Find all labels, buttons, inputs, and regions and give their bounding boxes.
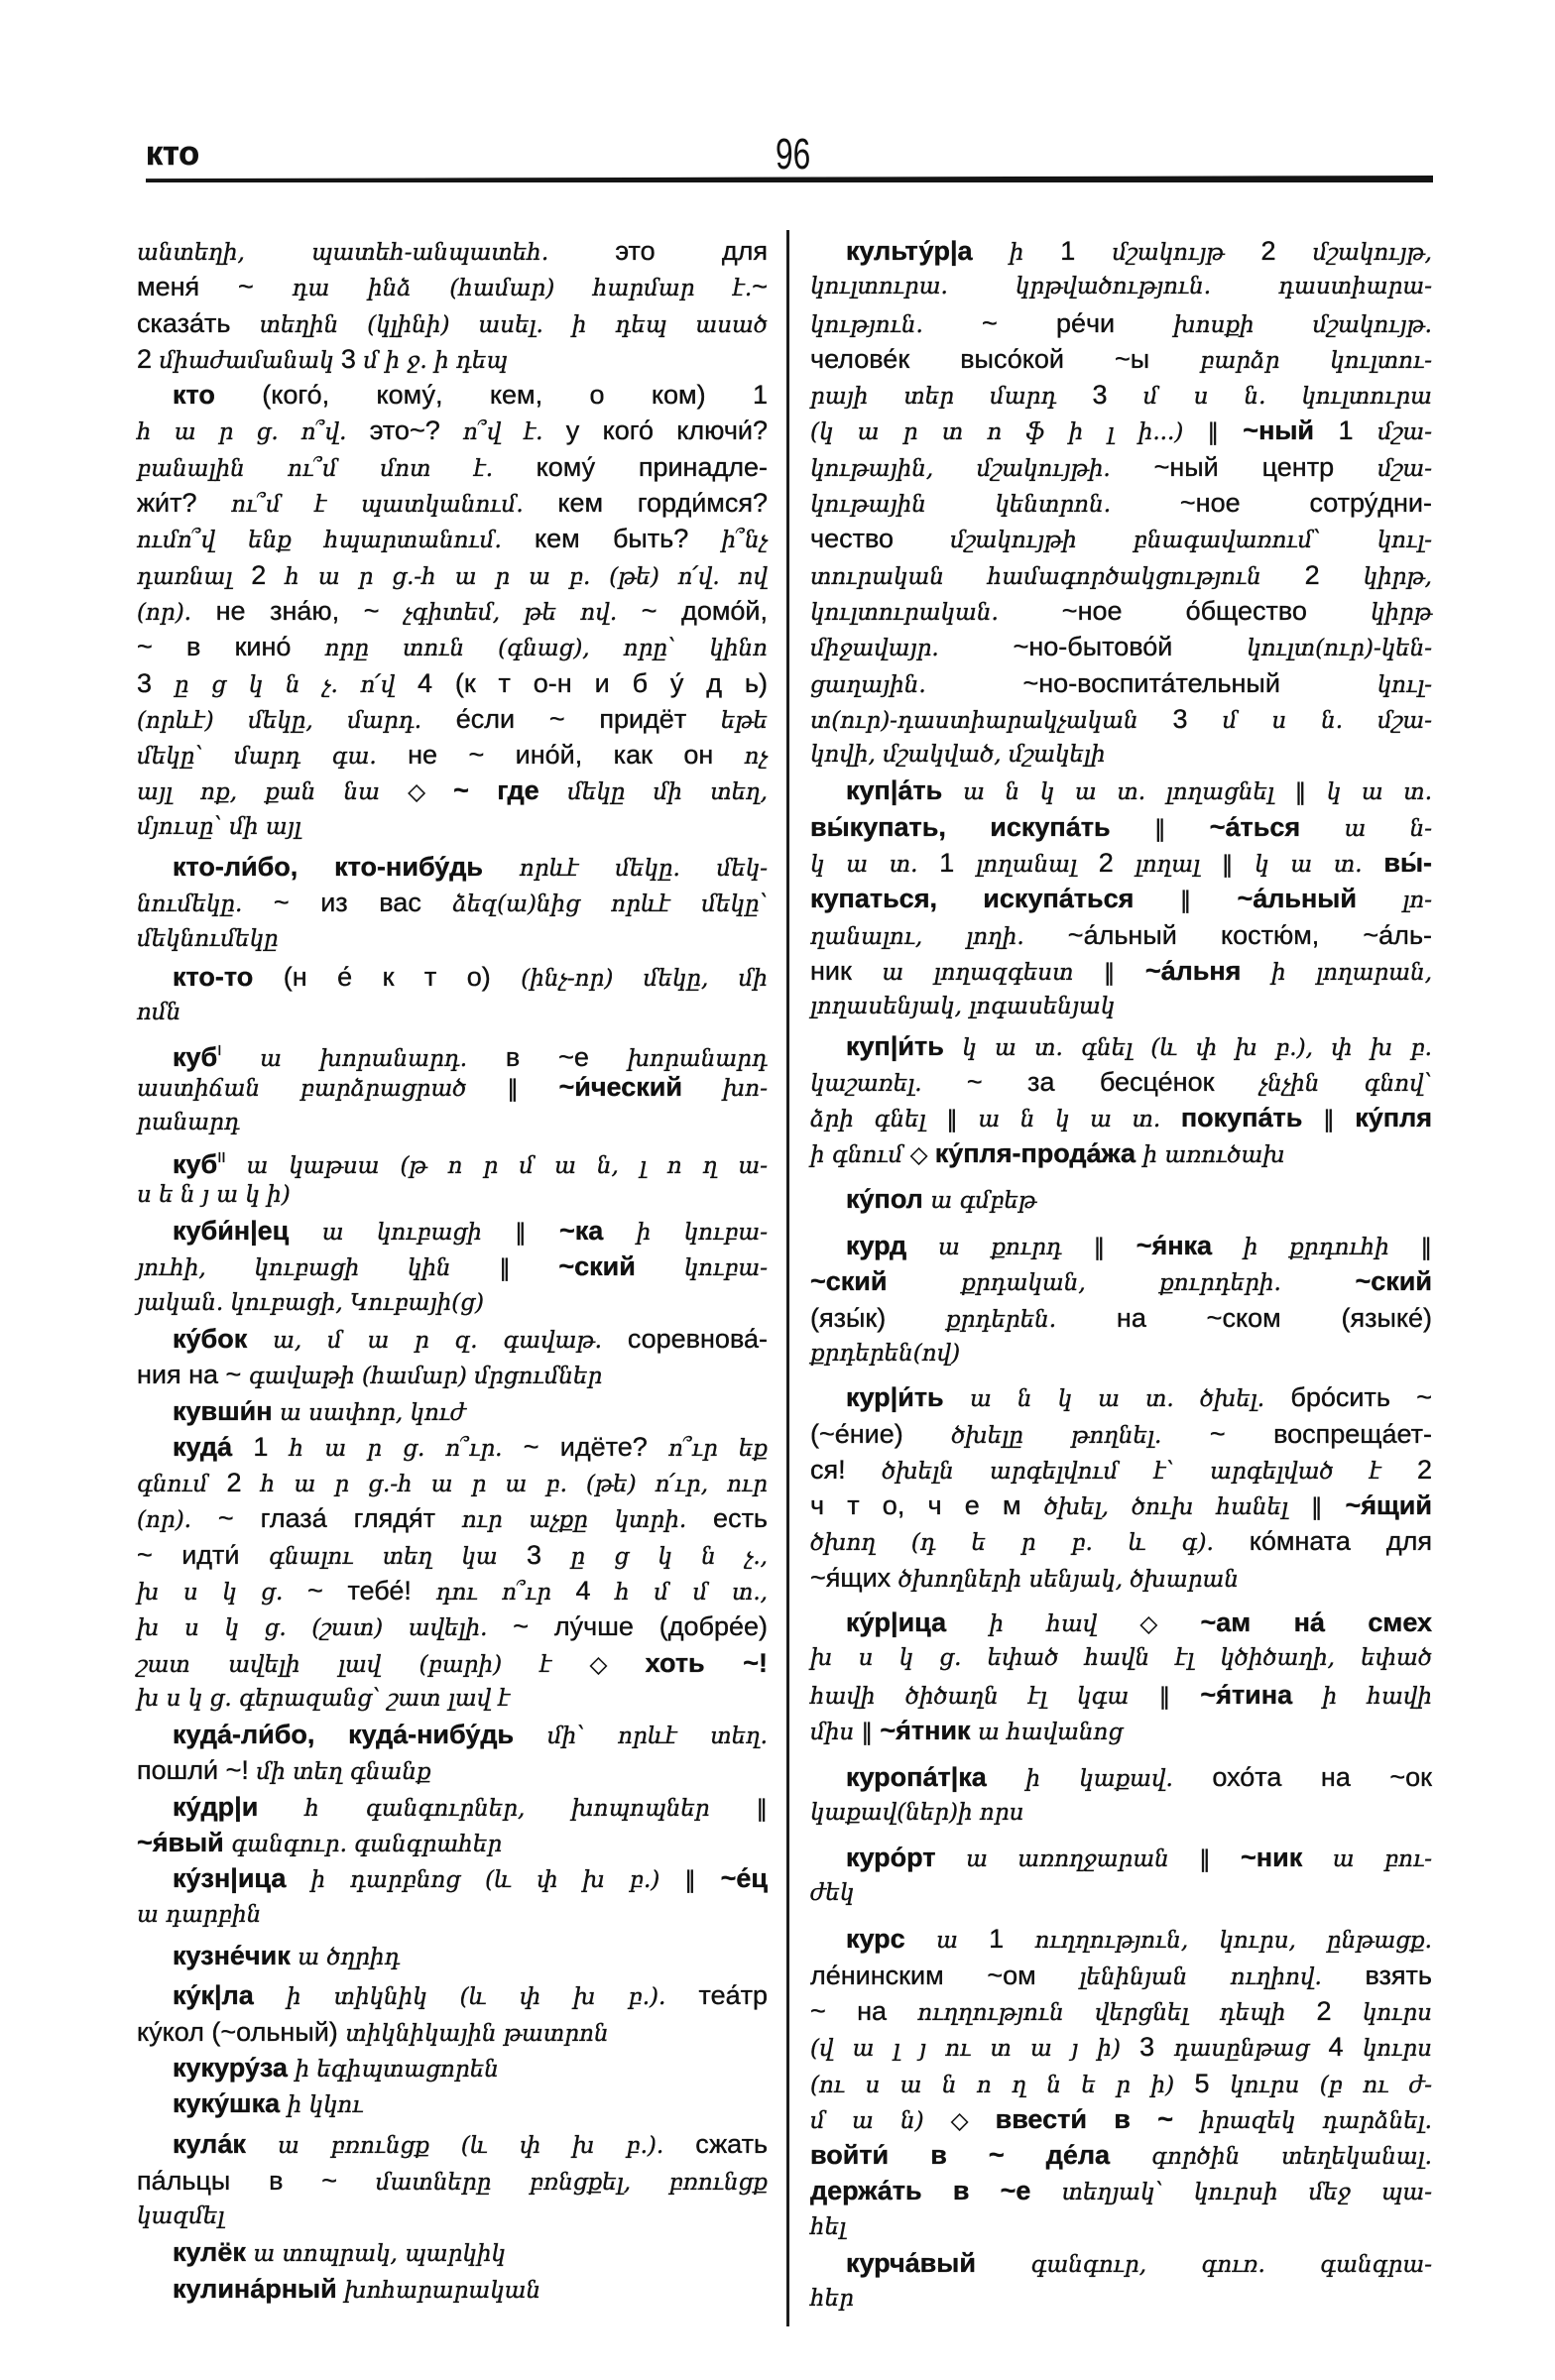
- headword: держа́ть в ~е: [810, 2176, 1062, 2205]
- armenian-text: խոհարարական: [344, 2278, 540, 2304]
- armenian-text: (որևէ) մեկը, մարդ.: [137, 708, 421, 734]
- dictionary-entry: անտեղի, պատեհ-անպատեհ. это дляменя́ ~ դա…: [137, 233, 768, 377]
- russian-text: это для: [548, 236, 768, 266]
- armenian-text: ի լողարան,: [1271, 960, 1432, 986]
- russian-text: пошли́ ~!: [137, 1755, 256, 1785]
- armenian-text: կաշառել.: [810, 1071, 922, 1097]
- armenian-text: կուրս: [1363, 2000, 1432, 2026]
- russian-text: ~ идти́: [137, 1540, 269, 1570]
- entry-line: кубI ա խորանարդ. в ~е խորանարդ: [137, 1033, 768, 1069]
- entry-line: меня́ ~ դա ինձ (համար) հարմար է.~: [137, 269, 768, 304]
- russian-text: 1: [1339, 416, 1377, 445]
- russian-text: ~но-бытово́й: [939, 632, 1248, 661]
- russian-text: 3: [527, 1540, 570, 1570]
- armenian-text: գավաթի (համար) մրցումներ: [249, 1364, 603, 1389]
- entry-line: ումո՞վ ենք հպարտանում. кем быть? ի՞նչ: [137, 521, 768, 556]
- entry-line: ~ идти́ գնալու տեղ կա 3 ը ց կ ն չ.,: [137, 1537, 768, 1573]
- armenian-text: յական. կուբացի, Կուբայի(ց): [137, 1290, 484, 1316]
- armenian-text: ոչ: [745, 744, 768, 770]
- entry-line: (վ ա լ յ ու տ ա յ ի) 3 դասընթաց 4 կուրս: [810, 2029, 1432, 2065]
- entry-line: (կ ա ր տ ո ֆ ի լ ի...) ‖ ~ный 1 մշա-: [810, 413, 1432, 448]
- armenian-text: (ու ս ա ն ո ղ ն ե ր ի): [810, 2073, 1195, 2098]
- dictionary-entry: куда́-ли́бо, куда́-нибу́дь մի՝ որևէ տեղ.…: [137, 1717, 768, 1789]
- headword: ку́пол: [846, 1184, 930, 1214]
- russian-text: 2: [1417, 1455, 1432, 1485]
- armenian-text: մ ի ջ. ի դեպ: [363, 348, 508, 374]
- armenian-text: ա դարբին: [137, 1902, 261, 1928]
- russian-text: в ~е: [467, 1042, 628, 1072]
- russian-text: на ~ском (языке́): [1056, 1303, 1432, 1333]
- armenian-text: լողալ: [1136, 852, 1222, 878]
- armenian-text: գանգուր. գանգրահեր: [231, 1832, 502, 1857]
- russian-text: ~ из вас: [242, 888, 452, 917]
- dictionary-entry: кто-то (н е́ к т о) (ինչ-որ) մեկը, միոմն: [137, 959, 768, 1031]
- russian-text: есть: [686, 1503, 768, 1533]
- armenian-text: խոսքի մշակույթ.: [1173, 312, 1432, 338]
- armenian-text: ի եգիպտացորեն: [295, 2057, 498, 2082]
- entry-line: ս ե ն յ ա կ ի): [137, 1177, 768, 1213]
- entry-line: кувши́н ա սափոր, կուժ: [137, 1393, 768, 1429]
- armenian-text: ա գմբեթ: [930, 1188, 1036, 1214]
- russian-text: ~ в кино́: [137, 632, 325, 661]
- entry-line: ծխող (դ ե ր բ. և գ). ко́мната для: [810, 1523, 1432, 1559]
- russian-text: кому́ принадле-: [493, 452, 768, 482]
- armenian-text: տիկնիկային թատրոն: [345, 2021, 608, 2047]
- armenian-text: գնալու տեղ կա: [269, 1544, 527, 1570]
- entry-line: ле́нинским ~ом լենինյան ուղիով. взять: [810, 1958, 1432, 1993]
- russian-text: кем горди́мся?: [524, 488, 768, 518]
- headword: ~ный: [1243, 416, 1338, 445]
- russian-text: ~ное сотру́дни-: [1111, 488, 1432, 518]
- running-head: кто: [146, 137, 199, 171]
- armenian-text: դա ինձ (համար) հարմար է.: [293, 276, 753, 301]
- russian-text: бро́сить ~: [1264, 1382, 1432, 1412]
- armenian-text: որևէ մեկը. մեկ-: [520, 856, 768, 882]
- armenian-text: ի գնում: [810, 1142, 910, 1168]
- entry-line: кулина́рный խոհարարական: [137, 2271, 768, 2307]
- armenian-text: ա, մ ա ր զ. գավաթ.: [273, 1328, 602, 1354]
- armenian-text: կուրս (բ ու ժ-: [1230, 2073, 1432, 2098]
- headword: вы́купать, искупа́ть: [810, 812, 1154, 842]
- symbol: ‖: [1222, 852, 1255, 878]
- dictionary-entry: курд ա քուրդ ‖ ~я́нка ի քրդուհի ‖~ский ք…: [810, 1228, 1432, 1371]
- armenian-text: ա ծղրիդ: [298, 1945, 400, 1970]
- armenian-text: մշակույթի բնագավառում՝ կուլ-: [950, 528, 1432, 553]
- armenian-text: այլ ոք, քան նա: [137, 779, 408, 805]
- headword: ~я́тник: [880, 1716, 978, 1745]
- armenian-text: մ ս ն. կուլտուրա: [1143, 384, 1432, 410]
- dictionary-entry: кулина́рный խոհարարական: [137, 2271, 768, 2307]
- armenian-text: կություն.: [810, 312, 923, 338]
- armenian-text: ը ց կ ն չ.,: [570, 1544, 768, 1570]
- armenian-text: ոմն: [137, 1000, 180, 1025]
- armenian-text: ա բռունցք (և փ խ բ.).: [278, 2133, 663, 2159]
- armenian-text: շատ ավելի լավ (բարի) է: [137, 1652, 590, 1678]
- entry-line: чество մշակույթի բնագավառում՝ կուլ-: [810, 521, 1432, 556]
- entry-line: курд ա քուրդ ‖ ~я́нка ի քրդուհի ‖: [810, 1228, 1432, 1263]
- headword: ку́зн|ица: [173, 1863, 310, 1893]
- entry-line: куби́н|ец ա կուբացի ‖ ~ка ի կուբա-: [137, 1213, 768, 1249]
- entry-line: (язы́к) քրդերեն. на ~ском (языке́): [810, 1300, 1432, 1336]
- entry-line: (ու ս ա ն ո ղ ն ե ր ի) 5 կուրս (բ ու ժ-: [810, 2066, 1432, 2101]
- armenian-text: ծխողների սենյակ, ծխարան: [898, 1567, 1239, 1593]
- armenian-text: ա ն կ ա տ. լողացնել: [963, 779, 1295, 805]
- armenian-text: ի տիկնիկ (և փ խ բ.).: [287, 1984, 665, 2010]
- russian-text: ч т о, ч е м: [810, 1490, 1044, 1520]
- armenian-text: ի՞նչ: [721, 528, 768, 553]
- russian-text: 3: [1093, 380, 1143, 410]
- headword: культу́р|а: [846, 236, 1010, 266]
- entry-line: ч т о, ч е м ծխել, ծուխ հանել ‖ ~я́щий: [810, 1487, 1432, 1523]
- russian-text: (~е́ние): [810, 1419, 951, 1449]
- headword: кулёк: [173, 2237, 253, 2267]
- headword: кула́к: [173, 2129, 278, 2159]
- headword: ~ский: [1281, 1266, 1432, 1296]
- entry-line: кубII ա կաթսա (թ ո ր մ ա ն, լ ո ղ ա-: [137, 1140, 768, 1176]
- dictionary-entry: курча́вый գանգուր, գուռ. գանգրա-հեր: [810, 2245, 1432, 2318]
- armenian-text: կովի, մշակված, մշակելի: [810, 742, 1106, 768]
- entry-line: сказа́ть տեղին (կլինի) ասել. ի դեպ ասած: [137, 305, 768, 341]
- dictionary-entry: ку́др|и հ գանգուրներ, խոպոպներ ‖~я́вый գ…: [137, 1789, 768, 1861]
- headword: ~а́льный: [1237, 884, 1402, 913]
- armenian-text: կ ա տ.: [1327, 779, 1432, 805]
- armenian-text: ժեկ: [810, 1880, 854, 1906]
- armenian-text: կազմել: [137, 2203, 224, 2229]
- armenian-text: գնում: [137, 1472, 227, 1497]
- russian-text: ~ воспреща́ет-: [1161, 1419, 1432, 1449]
- russian-text: сжать: [663, 2129, 768, 2159]
- entry-line: հեր: [810, 2281, 1432, 2317]
- entry-line: կաքավ(ներ)ի որս: [810, 1795, 1432, 1831]
- armenian-text: ի քրդուհի: [1244, 1235, 1421, 1260]
- armenian-text: խ ս կ ց. գերազանց՝ շատ լավ է: [137, 1686, 510, 1712]
- russian-text: 4: [1328, 2032, 1362, 2062]
- entry-line: մ ա ն) ◇ ввести́ в ~ իրազեկ դարձնել.: [810, 2101, 1432, 2137]
- armenian-text: մշակույթ: [1112, 240, 1260, 266]
- dictionary-entry: кто-ли́бо, кто-нибу́дь որևէ մեկը. մեկ-նո…: [137, 849, 768, 957]
- russian-text: ~: [752, 272, 768, 301]
- entry-line: յուհի, կուբացի կին ‖ ~ский կուբա-: [137, 1249, 768, 1284]
- entry-line: ղանալու, լողի. ~а́льный костю́м, ~а́ль-: [810, 917, 1432, 953]
- armenian-text: ա ն կ ա տ. ծխել.: [970, 1386, 1264, 1412]
- headword: кузне́чик: [173, 1941, 298, 1970]
- russian-text: ле́нинским ~ом: [810, 1961, 1079, 1990]
- headword: кто: [173, 380, 215, 410]
- armenian-text: բանալին ու՞մ մոտ է.: [137, 456, 493, 482]
- entry-line: держа́ть в ~е տեղյակ՝ կուրսի մեջ պա-: [810, 2173, 1432, 2208]
- russian-text: 3: [341, 344, 364, 374]
- russian-text: охо́та на ~ок: [1173, 1762, 1432, 1792]
- dictionary-entry: ку́пол ա գմբեթ: [810, 1181, 1432, 1217]
- entry-line: (որ). ~ глаза́ глядя́т ուր աչքը կտրի. ес…: [137, 1500, 768, 1536]
- armenian-text: ծխելն արգելվում է՝ արգելված է: [882, 1459, 1417, 1485]
- armenian-text: որը տուն (գնաց), որը՝ կինո: [325, 636, 768, 661]
- armenian-text: եթե: [721, 708, 768, 734]
- entry-line: շատ ավելի լավ (բարի) է ◇ хоть ~!: [137, 1645, 768, 1681]
- armenian-text: չգիտեմ, թե ով.: [404, 600, 617, 626]
- entry-line: ку́кол (~ольный) տիկնիկային թատրոն: [137, 2014, 768, 2050]
- russian-text: 2: [227, 1468, 261, 1497]
- symbol: ‖: [862, 1720, 881, 1745]
- entry-line: կուլտուրական. ~ное о́бщество կիրթ: [810, 593, 1432, 629]
- entry-line: па́льцы в ~ մատները բռնցքել, բռունցք: [137, 2163, 768, 2199]
- armenian-text: ի կկու: [288, 2092, 364, 2118]
- entry-line: կաշառել. ~ за бесце́нок չնչին գնով՝: [810, 1064, 1432, 1100]
- headword: ~ам на́ смех: [1200, 1607, 1432, 1637]
- page-number: 96: [776, 133, 810, 177]
- entry-line: կազմել: [137, 2199, 768, 2234]
- russian-text: не зна́ю, ~: [191, 596, 404, 626]
- armenian-text: մի՝ որևէ տեղ.: [547, 1724, 768, 1749]
- headword: ку́пля: [1355, 1103, 1432, 1132]
- headword: куби́н|ец: [173, 1216, 322, 1246]
- dictionary-entry: культу́р|а ի 1 մշակույթ 2 մշակույթ,կուլտ…: [810, 233, 1432, 773]
- entry-line: ~ский քրդական, քուրդերի. ~ский: [810, 1263, 1432, 1299]
- headword: кулина́рный: [173, 2274, 344, 2304]
- symbol: ◇: [910, 1142, 935, 1168]
- armenian-text: քրդերեն(ով): [810, 1341, 960, 1367]
- armenian-text: մյուսը՝ մի այլ: [137, 814, 301, 840]
- russian-text: 1: [253, 1432, 289, 1462]
- russian-text: 2: [137, 344, 160, 374]
- entry-line: անտեղի, պատեհ-անպատեհ. это для: [137, 233, 768, 269]
- armenian-text: կութային կենտրոն.: [810, 492, 1111, 518]
- dictionary-entry: куку́шка ի կկու: [137, 2085, 768, 2121]
- entry-line: ~ на ուղղություն վերցնել դեպի 2 կուրս: [810, 1993, 1432, 2029]
- armenian-text: ա ն-: [1345, 816, 1432, 842]
- entry-line: ся! ծխելն արգելվում է՝ արգելված է 2: [810, 1452, 1432, 1487]
- dictionary-entry: кукуру́за ի եգիպտացորեն: [137, 2050, 768, 2085]
- russian-text: (язы́к): [810, 1303, 946, 1333]
- dictionary-entry: куп|и́ть կ ա տ. գնել (և փ խ բ.), փ խ բ.կ…: [810, 1028, 1432, 1172]
- headword: кукуру́за: [173, 2053, 295, 2082]
- armenian-text: անտեղի, պատեհ-անպատեհ.: [137, 240, 548, 266]
- armenian-text: կուբա-: [684, 1255, 768, 1281]
- armenian-text: ա հավանոց: [978, 1720, 1123, 1745]
- entry-line: քրդերեն(ով): [810, 1336, 1432, 1371]
- symbol: ◇: [408, 779, 453, 805]
- headword: куп|и́ть: [846, 1031, 962, 1061]
- dictionary-entry: ку́р|ица ի հավ ◇ ~ам на́ смехխ ս կ ց. եփ…: [810, 1605, 1432, 1748]
- russian-text: это~?: [346, 416, 463, 445]
- russian-text: челове́к высо́кой ~ы: [810, 344, 1200, 374]
- armenian-text: գանգուր, գուռ. գանգրա-: [1030, 2252, 1432, 2278]
- entry-line: культу́р|а ի 1 մշակույթ 2 մշակույթ,: [810, 233, 1432, 269]
- russian-text: ~ лу́чше (добре́е): [487, 1611, 768, 1641]
- entry-line: խ ս կ ց. գերազանց՝ շատ լավ է: [137, 1681, 768, 1717]
- right-column: культу́р|а ի 1 մշակույթ 2 մշակույթ,կուլտ…: [810, 233, 1432, 2318]
- headword: курд: [846, 1231, 938, 1260]
- armenian-text: ա լողազգեստ: [882, 960, 1103, 986]
- entry-line: 2 միաժամանակ 3 մ ի ջ. ի դեպ: [137, 341, 768, 377]
- armenian-text: գործին տեղեկանալ.: [1151, 2144, 1432, 2170]
- entry-line: նումեկը. ~ из вас ձեզ(ա)նից որևէ մեկը՝: [137, 885, 768, 920]
- entry-line: րայի տեր մարդ 3 մ ս ն. կուլտուրա: [810, 377, 1432, 413]
- entry-line: միս ‖ ~я́тник ա հավանոց: [810, 1713, 1432, 1748]
- headword: ~я́тина: [1200, 1680, 1322, 1710]
- armenian-text: ի հավ: [990, 1611, 1140, 1637]
- russian-text: 1: [989, 1924, 1034, 1954]
- dictionary-entry: кула́к ա բռունցք (և փ խ բ.). сжатьпа́льц…: [137, 2126, 768, 2234]
- armenian-text: կուրս: [1363, 2036, 1432, 2062]
- russian-text: ~ тебе́!: [283, 1576, 435, 1606]
- headword: куб: [173, 1042, 217, 1072]
- russian-text: ~ за бесце́нок: [922, 1067, 1259, 1097]
- armenian-text: մ ա ն): [810, 2108, 951, 2134]
- russian-text: ~ идёте?: [502, 1432, 668, 1462]
- symbol: ‖: [1311, 1494, 1346, 1520]
- headword: ~ский: [558, 1251, 683, 1281]
- armenian-text: բարձր կուլտու-: [1200, 348, 1432, 374]
- armenian-text: խ ս կ ց. (շատ) ավելի.: [137, 1615, 487, 1641]
- entry-line: մեկը՝ մարդ գա. не ~ ино́й, как он ոչ: [137, 737, 768, 773]
- armenian-text: ա ն կ ա տ.: [978, 1107, 1181, 1132]
- symbol: ‖: [684, 1867, 720, 1893]
- entry-line: (որ). не зна́ю, ~ չգիտեմ, թե ով. ~ домо́…: [137, 593, 768, 629]
- entry-line: ցաղային. ~но-воспита́тельный կուլ-: [810, 665, 1432, 701]
- armenian-text: ա առողջարան: [966, 1846, 1199, 1872]
- armenian-text: րանարդ: [137, 1110, 240, 1135]
- dictionary-entry: куро́рт ա առողջարան ‖ ~ник ա բու-ժեկ: [810, 1840, 1432, 1912]
- armenian-text: (ինչ-որ) մեկը, մի: [521, 966, 768, 992]
- russian-text: меня́ ~: [137, 272, 293, 301]
- left-column: անտեղի, պատեհ-անպատեհ. это дляменя́ ~ դա…: [137, 233, 768, 2307]
- headword: кто-ли́бо, кто-нибу́дь: [173, 852, 520, 882]
- entry-line: լողասենյակ, լոգասենյակ: [810, 989, 1432, 1024]
- headword: ку́к|ла: [173, 1980, 287, 2010]
- armenian-text: (վ ա լ յ ու տ ա յ ի): [810, 2036, 1139, 2062]
- dictionary-entry: кузне́чик ա ծղրիդ: [137, 1938, 768, 1973]
- symbol: ‖: [515, 1220, 559, 1246]
- headword: ввести́ в ~: [996, 2104, 1201, 2134]
- armenian-text: կութային, մշակույթի.: [810, 456, 1111, 482]
- armenian-text: իրազեկ դարձնել.: [1200, 2108, 1432, 2134]
- armenian-text: մ ս ն. մշա-: [1223, 708, 1432, 734]
- symbol: ‖: [507, 1076, 558, 1102]
- armenian-text: ի հավի: [1323, 1684, 1432, 1710]
- armenian-text: ս ե ն յ ա կ ի): [137, 1182, 291, 1208]
- entry-line: կութային կենտրոն. ~ное сотру́дни-: [810, 485, 1432, 521]
- armenian-text: րայի տեր մարդ: [810, 384, 1093, 410]
- dictionary-entry: кур|и́ть ա ն կ ա տ. ծխել. бро́сить ~(~е́…: [810, 1379, 1432, 1596]
- entry-line: ~я́щих ծխողների սենյակ, ծխարան: [810, 1560, 1432, 1596]
- russian-text: 2: [1099, 848, 1136, 878]
- armenian-text: դու ո՞ւր: [436, 1580, 576, 1606]
- headword: ~е́ц: [721, 1863, 768, 1893]
- armenian-text: լողասենյակ, լոգասենյակ: [810, 994, 1115, 1019]
- armenian-text: կաքավ(ներ)ի որս: [810, 1800, 1023, 1826]
- headword: покупа́ть: [1181, 1103, 1323, 1132]
- headword: ~я́нка: [1136, 1231, 1244, 1260]
- entry-line: կութային, մշակույթի. ~ный центр մշա-: [810, 449, 1432, 485]
- russian-text: 3: [137, 668, 175, 698]
- armenian-text: դասընթաց: [1174, 2036, 1329, 2062]
- armenian-text: կիրթ: [1371, 600, 1432, 626]
- entry-line: րանարդ: [137, 1105, 768, 1140]
- russian-text: 4 (к т о-н и б у́ д ь): [418, 668, 768, 698]
- headword: кто-то: [173, 962, 284, 992]
- entry-line: (որևէ) մեկը, մարդ. е́сли ~ придёт եթե: [137, 701, 768, 737]
- russian-text: ку́кол (~ольный): [137, 2017, 345, 2047]
- russian-text: ~я́щих: [810, 1563, 898, 1593]
- russian-text: 2: [1260, 236, 1312, 266]
- armenian-text: կ ա տ. գնել (և փ խ բ.), փ խ բ.: [962, 1035, 1432, 1061]
- entry-line: կություն. ~ ре́чи խոսքի մշակույթ.: [810, 305, 1432, 341]
- armenian-text: միջավայր.: [810, 636, 939, 661]
- dictionary-entry: куп|а́ть ա ն կ ա տ. լողացնել ‖ կ ա տ.вы́…: [810, 773, 1432, 1024]
- armenian-text: մի տեղ գնանք: [256, 1759, 430, 1785]
- armenian-text: չնչին գնով՝: [1259, 1071, 1432, 1097]
- armenian-text: ա կաթսա (թ ո ր մ ա ն, լ ո ղ ա-: [226, 1153, 768, 1179]
- dictionary-entry: куропа́т|ка ի կաքավ. охо́та на ~окկաքավ(…: [810, 1759, 1432, 1832]
- entry-line: հավի ծիծաղն էլ կգա ‖ ~я́тина ի հավի: [810, 1677, 1432, 1713]
- homonym-number: II: [217, 1149, 225, 1166]
- entry-line: вы́купать, искупа́ть ‖ ~а́ться ա ն-: [810, 809, 1432, 845]
- russian-text: 1: [1060, 236, 1112, 266]
- russian-text: е́сли ~ придёт: [421, 704, 721, 734]
- russian-text: чество: [810, 524, 950, 553]
- entry-line: կ ա տ. 1 լողանալ 2 լողալ ‖ կ ա տ. вы́-: [810, 845, 1432, 881]
- russian-text: па́льцы в ~: [137, 2166, 376, 2196]
- russian-text: (кого́, кому́, кем, о ком) 1: [215, 380, 768, 410]
- symbol: ◇: [590, 1652, 646, 1678]
- russian-text: ~а́льный костю́м, ~а́ль-: [1024, 920, 1432, 950]
- russian-text: 5: [1195, 2069, 1231, 2098]
- headword: ~и́ческий: [559, 1072, 723, 1102]
- entry-line: ձրի գնել ‖ ա ն կ ա տ. покупа́ть ‖ ку́пля: [810, 1100, 1432, 1135]
- russian-text: 3: [1139, 2032, 1173, 2062]
- russian-text: 2: [1316, 1996, 1362, 2026]
- entry-line: ник ա լողազգեստ ‖ ~а́льня ի լողարան,: [810, 953, 1432, 989]
- armenian-text: մշա-: [1377, 419, 1432, 445]
- symbol: ‖: [1180, 888, 1238, 913]
- armenian-text: հ ա ր ց. ո՞վ.: [137, 419, 346, 445]
- russian-text: ния на ~: [137, 1360, 249, 1389]
- symbol: ‖: [1295, 779, 1327, 805]
- dictionary-entry: ку́к|ла ի տիկնիկ (և փ խ բ.). теа́трку́ко…: [137, 1977, 768, 2050]
- entry-line: բանալին ու՞մ մոտ է. кому́ принадле-: [137, 449, 768, 485]
- armenian-text: մեկը՝ մարդ գա.: [137, 744, 377, 770]
- entry-line: աստիճան բարձրացրած ‖ ~и́ческий խո-: [137, 1069, 768, 1105]
- entry-line: курча́вый գանգուր, գուռ. գանգրա-: [810, 2245, 1432, 2281]
- russian-text: ~ное о́бщество: [999, 596, 1371, 626]
- entry-line: кукуру́за ի եգիպտացորեն: [137, 2050, 768, 2085]
- armenian-text: ո՞ւր եք: [668, 1436, 768, 1462]
- entry-line: յական. կուբացի, Կուբայի(ց): [137, 1285, 768, 1321]
- headword: купаться, искупа́ться: [810, 884, 1180, 913]
- armenian-text: ա: [936, 1928, 989, 1954]
- armenian-text: ղանալու, լողի.: [810, 924, 1024, 950]
- entry-line: ոմն: [137, 995, 768, 1030]
- armenian-text: կիրթ,: [1364, 564, 1432, 590]
- armenian-text: կուլ-: [1377, 672, 1432, 698]
- armenian-text: ու՞մ է պատկանում.: [231, 492, 523, 518]
- symbol: ‖: [1154, 816, 1210, 842]
- entry-line: դառնալ 2 հ ա ր ց.-հ ա ր ա բ. (թե) ո՛վ. ո…: [137, 557, 768, 593]
- headword: ку́р|ица: [846, 1607, 990, 1637]
- armenian-text: ցաղային.: [810, 672, 926, 698]
- entry-line: ~ в кино́ որը տուն (գնաց), որը՝ կինո: [137, 629, 768, 664]
- armenian-text: ի առուծախ: [1143, 1142, 1285, 1168]
- symbol: ‖: [1104, 960, 1145, 986]
- armenian-text: (որ).: [137, 600, 191, 626]
- russian-text: соревнова́-: [602, 1324, 768, 1354]
- armenian-text: մշակույթ,: [1313, 240, 1432, 266]
- headword: вы́-: [1383, 848, 1432, 878]
- armenian-text: խ ս կ ց. եփած հավն էլ կծիծաղի, եփած: [810, 1645, 1432, 1671]
- armenian-text: ա խորանարդ.: [221, 1046, 467, 1072]
- headword: ку́др|и: [173, 1792, 304, 1822]
